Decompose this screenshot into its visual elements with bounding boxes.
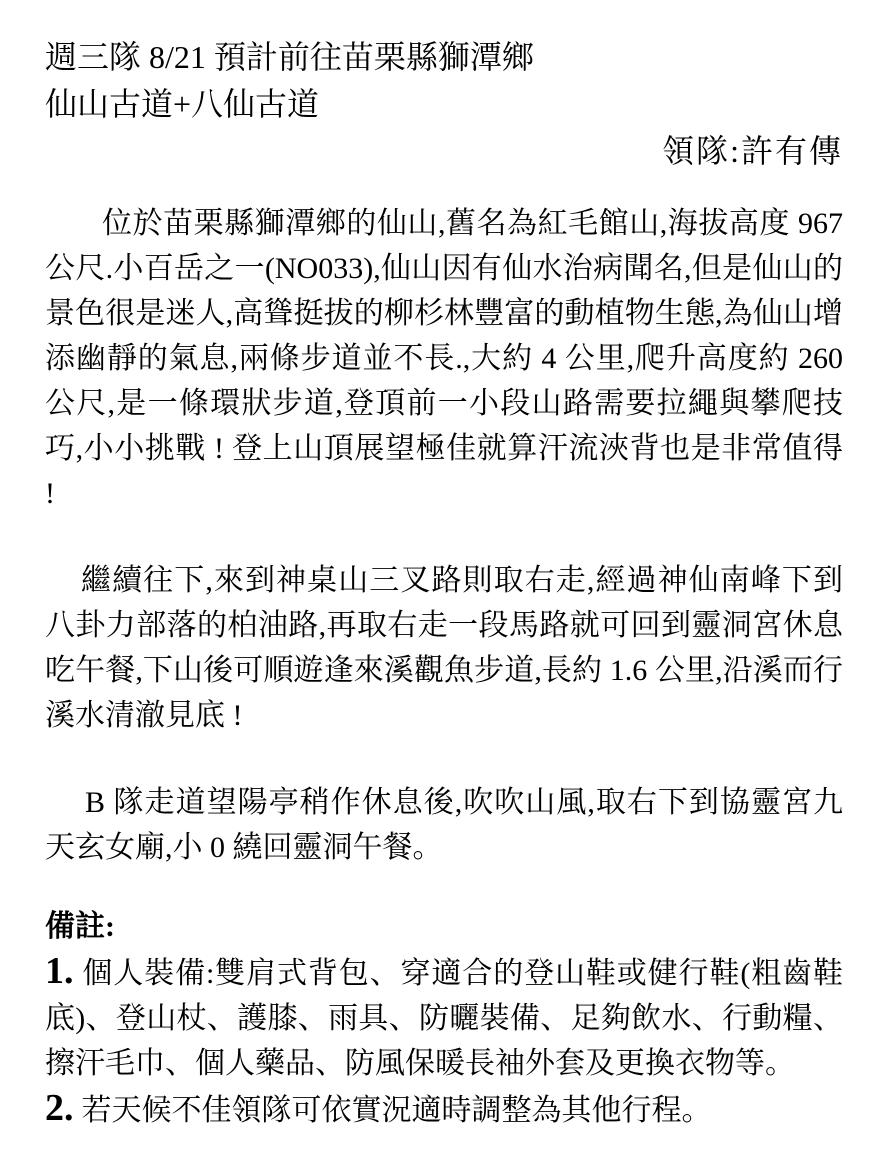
note-item: 1.個人裝備:雙肩式背包、穿適合的登山鞋或健行鞋(粗齒鞋底)、登山杖、護膝、雨具… <box>45 949 843 1086</box>
note-text: 個人裝備:雙肩式背包、穿適合的登山鞋或健行鞋(粗齒鞋底)、登山杖、護膝、雨具、防… <box>45 957 843 1080</box>
body-paragraphs: 位於苗栗縣獅潭鄉的仙山,舊名為紅毛館山,海拔高度 967 公尺.小百岳之一(NO… <box>45 201 843 870</box>
header: 週三隊 8/21 預計前往苗栗縣獅潭鄉 仙山古道+八仙古道 領隊:許有傳 <box>45 34 843 175</box>
note-number: 1. <box>45 950 74 992</box>
notes-heading: 備註: <box>45 904 843 949</box>
route-title-line: 仙山古道+八仙古道 <box>45 81 843 128</box>
document-page: 週三隊 8/21 預計前往苗栗縣獅潭鄉 仙山古道+八仙古道 領隊:許有傳 位於苗… <box>0 0 888 1172</box>
trip-title-line: 週三隊 8/21 預計前往苗栗縣獅潭鄉 <box>45 34 843 81</box>
notes-section: 備註: 1.個人裝備:雙肩式背包、穿適合的登山鞋或健行鞋(粗齒鞋底)、登山杖、護… <box>45 904 843 1133</box>
paragraph-intro: 位於苗栗縣獅潭鄉的仙山,舊名為紅毛館山,海拔高度 967 公尺.小百岳之一(NO… <box>45 201 843 516</box>
paragraph-descent-route: 繼續往下,來到神桌山三叉路則取右走,經過神仙南峰下到八卦力部落的柏油路,再取右走… <box>45 558 843 738</box>
note-number: 2. <box>45 1087 74 1129</box>
note-item: 2.若天候不佳領隊可依實況適時調整為其他行程。 <box>45 1086 843 1133</box>
paragraph-team-b: B 隊走道望陽亭稍作休息後,吹吹山風,取右下到協靈宮九天玄女廟,小 0 繞回靈洞… <box>45 780 843 870</box>
note-text: 若天候不佳領隊可依實況適時調整為其他行程。 <box>82 1094 712 1127</box>
leader-line: 領隊:許有傳 <box>45 128 843 175</box>
